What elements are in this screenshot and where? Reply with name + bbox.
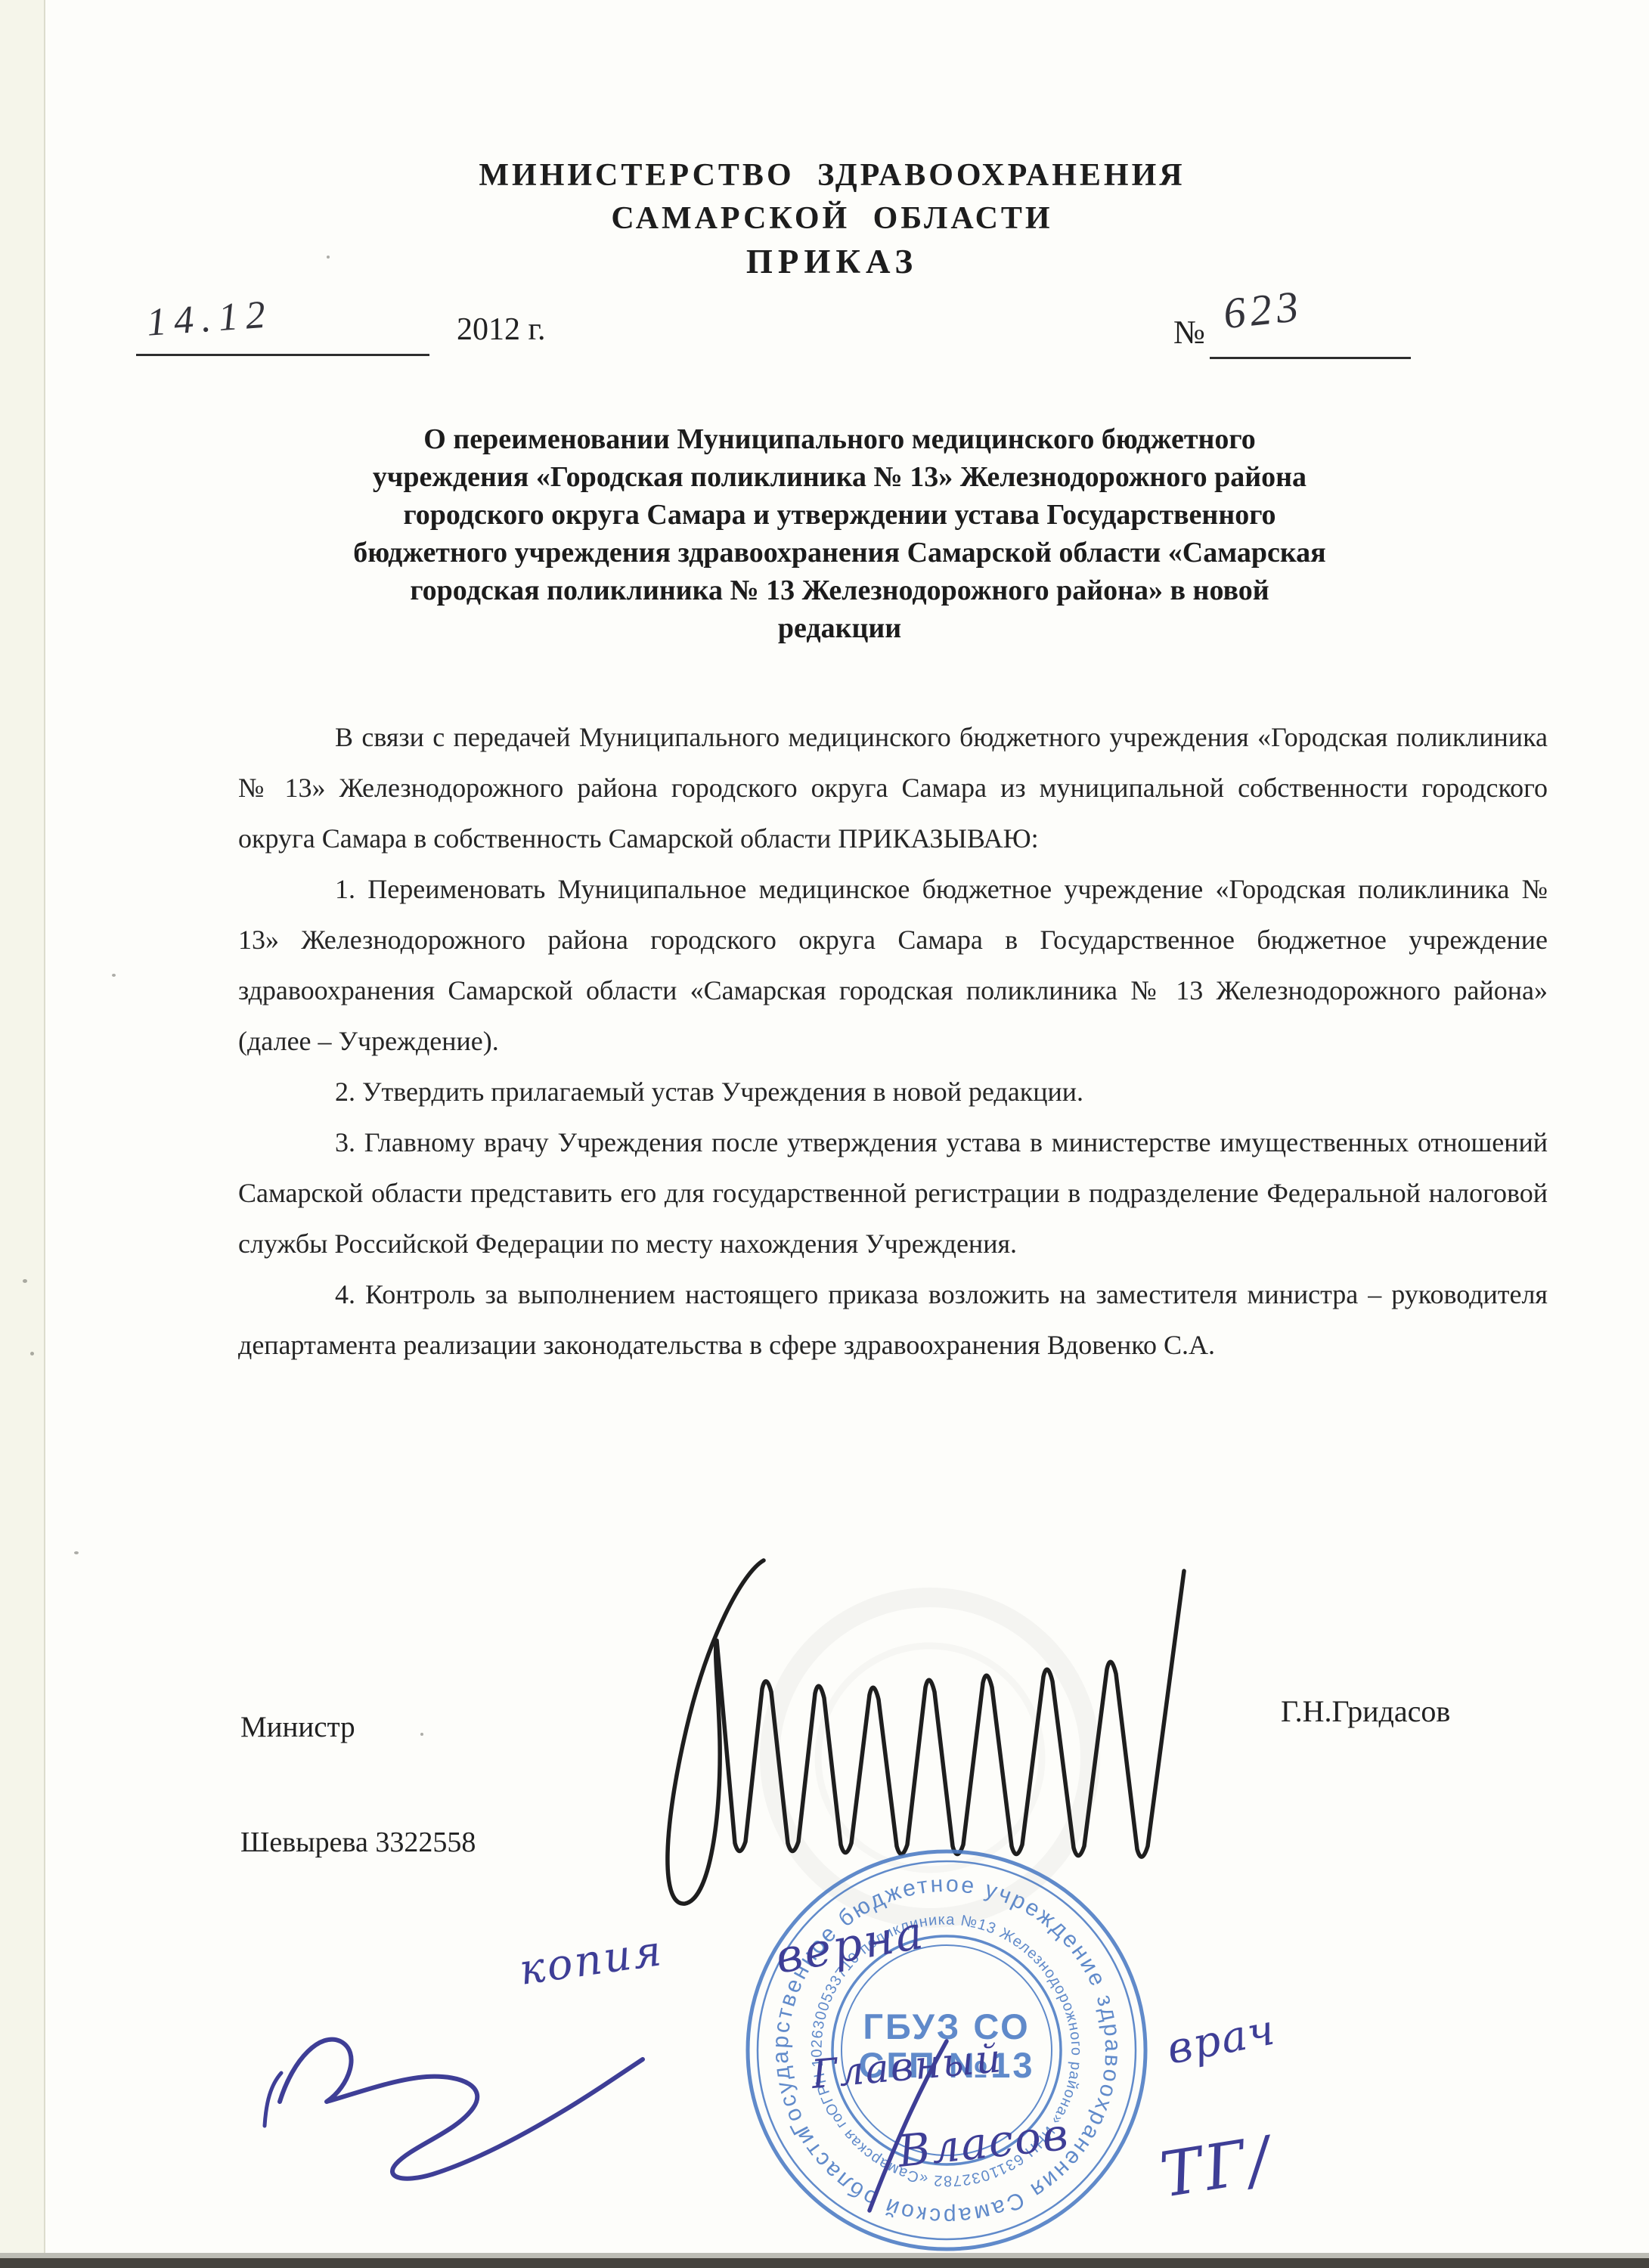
scan-speck [74,1551,79,1554]
executor-phone-line: Шевырева 3322558 [240,1826,476,1859]
scan-speck [23,1279,27,1283]
title-line: учреждения «Городская поликлиника № 13» … [136,458,1543,496]
stamp-center-line1: ГБУЗ СО [863,2006,1030,2046]
scan-speck [420,1733,423,1736]
minister-position-label: Министр [240,1710,355,1744]
scan-bottom-edge-dark [0,2258,1649,2268]
minister-name: Г.Н.Гридасов [1281,1693,1450,1729]
title-line: городского округа Самара и утверждении у… [136,496,1543,534]
handwritten-slash-stroke [869,2041,947,2211]
order-body: В связи с передачей Муниципального медиц… [238,712,1548,1371]
title-line: бюджетного учреждения здравоохранения Са… [136,534,1543,572]
item-2-paragraph: 2. Утвердить прилагаемый устав Учреждени… [238,1067,1548,1117]
handwritten-initials: ТГ/ [1155,2123,1280,2212]
handwritten-doctor-word: врач [1163,2005,1279,2074]
year-label: 2012 г. [457,311,546,348]
minister-signature [668,1560,1184,1904]
scan-speck [30,1352,34,1356]
number-underline [1210,357,1411,359]
title-line: городская поликлиника № 13 Железнодорожн… [136,572,1543,609]
stamp-center-line2: СГП №13 [858,2045,1034,2085]
handwritten-chief-word: Главный [809,2036,1004,2098]
number-sign: № [1173,313,1205,352]
stamp-inner-border [832,1936,1061,2164]
title-line: редакции [136,609,1543,647]
item-4-paragraph: 4. Контроль за выполнением настоящего пр… [238,1269,1548,1371]
item-1-paragraph: 1. Переименовать Муниципальное медицинск… [238,864,1548,1067]
ministry-name-line1: МИНИСТЕРСТВО ЗДРАВООХРАНЕНИЯ [91,154,1573,197]
date-number-row: 14.12 2012 г. № 623 [136,299,1558,367]
document-header: МИНИСТЕРСТВО ЗДРАВООХРАНЕНИЯ САМАРСКОЙ О… [91,154,1573,283]
scan-speck [112,974,116,977]
handwritten-order-number: 623 [1221,280,1305,339]
item-3-paragraph: 3. Главному врачу Учреждения после утвер… [238,1117,1548,1269]
stamp-outer-border [748,1851,1145,2249]
stamp-outer-border-inner [758,1861,1136,2239]
document-type: ПРИКАЗ [91,240,1573,283]
intro-paragraph: В связи с передачей Муниципального медиц… [238,712,1548,864]
handwritten-surname: Власов [894,2108,1071,2177]
handwritten-copy-note: копия [516,1926,667,1995]
handwritten-date: 14.12 [145,292,274,345]
order-title: О переименовании Муниципального медицинс… [136,420,1543,647]
date-underline [136,354,429,356]
title-line: О переименовании Муниципального медицинс… [136,420,1543,458]
scan-edge-strip [0,0,45,2268]
handwritten-certified-note: верна [771,1906,928,1984]
ministry-name-line2: САМАРСКОЙ ОБЛАСТИ [91,197,1573,240]
scan-bottom-edge-light [0,2253,1649,2258]
scanned-order-page: МИНИСТЕРСТВО ЗДРАВООХРАНЕНИЯ САМАРСКОЙ О… [0,0,1649,2268]
chief-doctor-signature [280,2040,643,2179]
ghost-seal [770,1597,1090,1918]
chief-doctor-signature-hook [265,2073,281,2126]
certification-handwriting: копия верна Главный врач Власов ТГ/ [265,1906,1280,2211]
stamp-inner-border-inner [842,1945,1052,2155]
